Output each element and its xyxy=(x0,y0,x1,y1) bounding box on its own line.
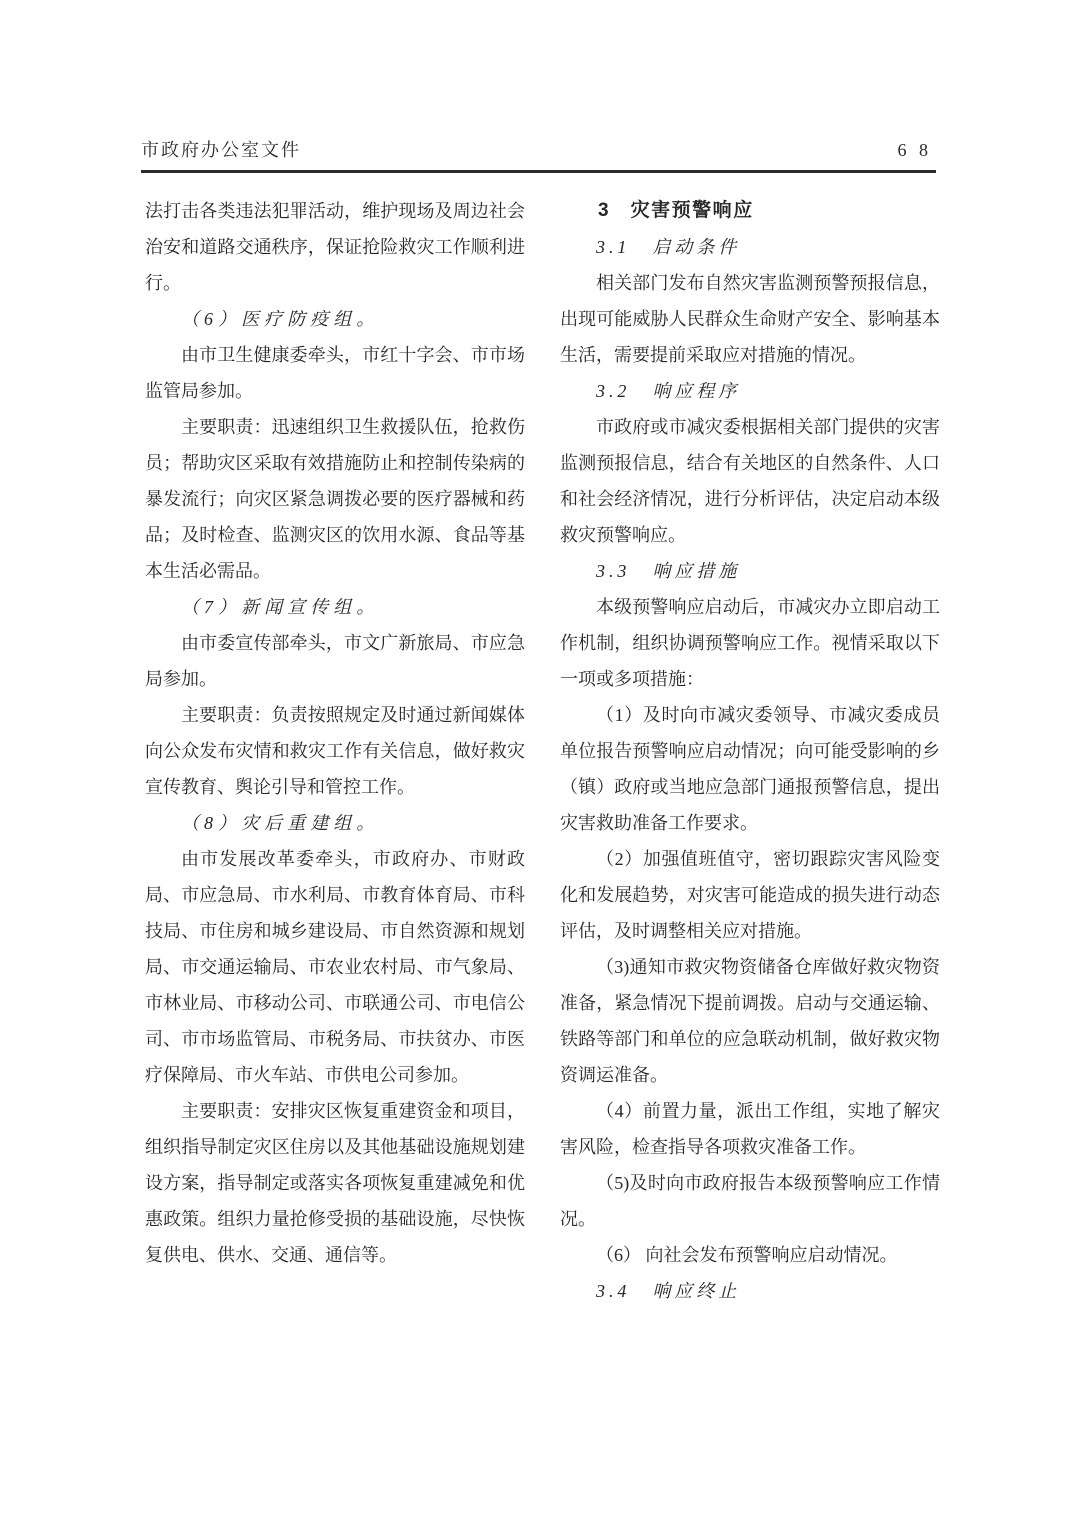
paragraph: 主要职责：负责按照规定及时通过新闻媒体向公众发布灾情和救灾工作有关信息，做好救灾… xyxy=(145,697,525,805)
header-document-title: 市政府办公室文件 xyxy=(141,138,301,162)
paragraph: 主要职责：迅速组织卫生救援队伍，抢救伤员；帮助灾区采取有效措施防止和控制传染病的… xyxy=(145,409,525,589)
subsection-heading: 3.2 响应程序 xyxy=(560,373,940,409)
paragraph: （1）及时向市减灾委领导、市减灾委成员单位报告预警响应启动情况；向可能受影响的乡… xyxy=(560,697,940,841)
document-body: 法打击各类违法犯罪活动，维护现场及周边社会治安和道路交通秩序，保证抢险救灾工作顺… xyxy=(145,193,940,1309)
header-rule xyxy=(141,170,936,173)
paragraph: （5)及时向市政府报告本级预警响应工作情况。 xyxy=(560,1165,940,1237)
page-number: 6 8 xyxy=(898,138,937,162)
right-column: 3 灾害预警响应3.1 启动条件相关部门发布自然灾害监测预警预报信息，出现可能威… xyxy=(560,193,940,1309)
item-heading: （7）新闻宣传组。 xyxy=(145,589,525,625)
paragraph: 本级预警响应启动后，市减灾办立即启动工作机制，组织协调预警响应工作。视情采取以下… xyxy=(560,589,940,697)
subsection-heading: 3.1 启动条件 xyxy=(560,229,940,265)
subsection-heading: 3.3 响应措施 xyxy=(560,553,940,589)
subsection-heading: 3.4 响应终止 xyxy=(560,1273,940,1309)
paragraph: （2）加强值班值守，密切跟踪灾害风险变化和发展趋势，对灾害可能造成的损失进行动态… xyxy=(560,841,940,949)
paragraph: （4）前置力量，派出工作组，实地了解灾害风险，检查指导各项救灾准备工作。 xyxy=(560,1093,940,1165)
paragraph: 主要职责：安排灾区恢复重建资金和项目，组织指导制定灾区住房以及其他基础设施规划建… xyxy=(145,1093,525,1273)
paragraph: 市政府或市减灾委根据相关部门提供的灾害监测预报信息，结合有关地区的自然条件、人口… xyxy=(560,409,940,553)
paragraph: （3)通知市救灾物资储备仓库做好救灾物资准备，紧急情况下提前调拨。启动与交通运输… xyxy=(560,949,940,1093)
paragraph: （6） 向社会发布预警响应启动情况。 xyxy=(560,1237,940,1273)
paragraph-continuation: 法打击各类违法犯罪活动，维护现场及周边社会治安和道路交通秩序，保证抢险救灾工作顺… xyxy=(145,193,525,301)
section-heading: 3 灾害预警响应 xyxy=(560,193,940,229)
document-page: 市政府办公室文件 6 8 法打击各类违法犯罪活动，维护现场及周边社会治安和道路交… xyxy=(0,0,1074,1520)
left-column: 法打击各类违法犯罪活动，维护现场及周边社会治安和道路交通秩序，保证抢险救灾工作顺… xyxy=(145,193,525,1309)
page-header: 市政府办公室文件 6 8 xyxy=(141,138,936,173)
item-heading: （6）医疗防疫组。 xyxy=(145,301,525,337)
paragraph: 相关部门发布自然灾害监测预警预报信息，出现可能威胁人民群众生命财产安全、影响基本… xyxy=(560,265,940,373)
paragraph: 由市卫生健康委牵头，市红十字会、市市场监管局参加。 xyxy=(145,337,525,409)
paragraph: 由市发展改革委牵头，市政府办、市财政局、市应急局、市水利局、市教育体育局、市科技… xyxy=(145,841,525,1093)
paragraph: 由市委宣传部牵头，市文广新旅局、市应急局参加。 xyxy=(145,625,525,697)
item-heading: （8）灾后重建组。 xyxy=(145,805,525,841)
